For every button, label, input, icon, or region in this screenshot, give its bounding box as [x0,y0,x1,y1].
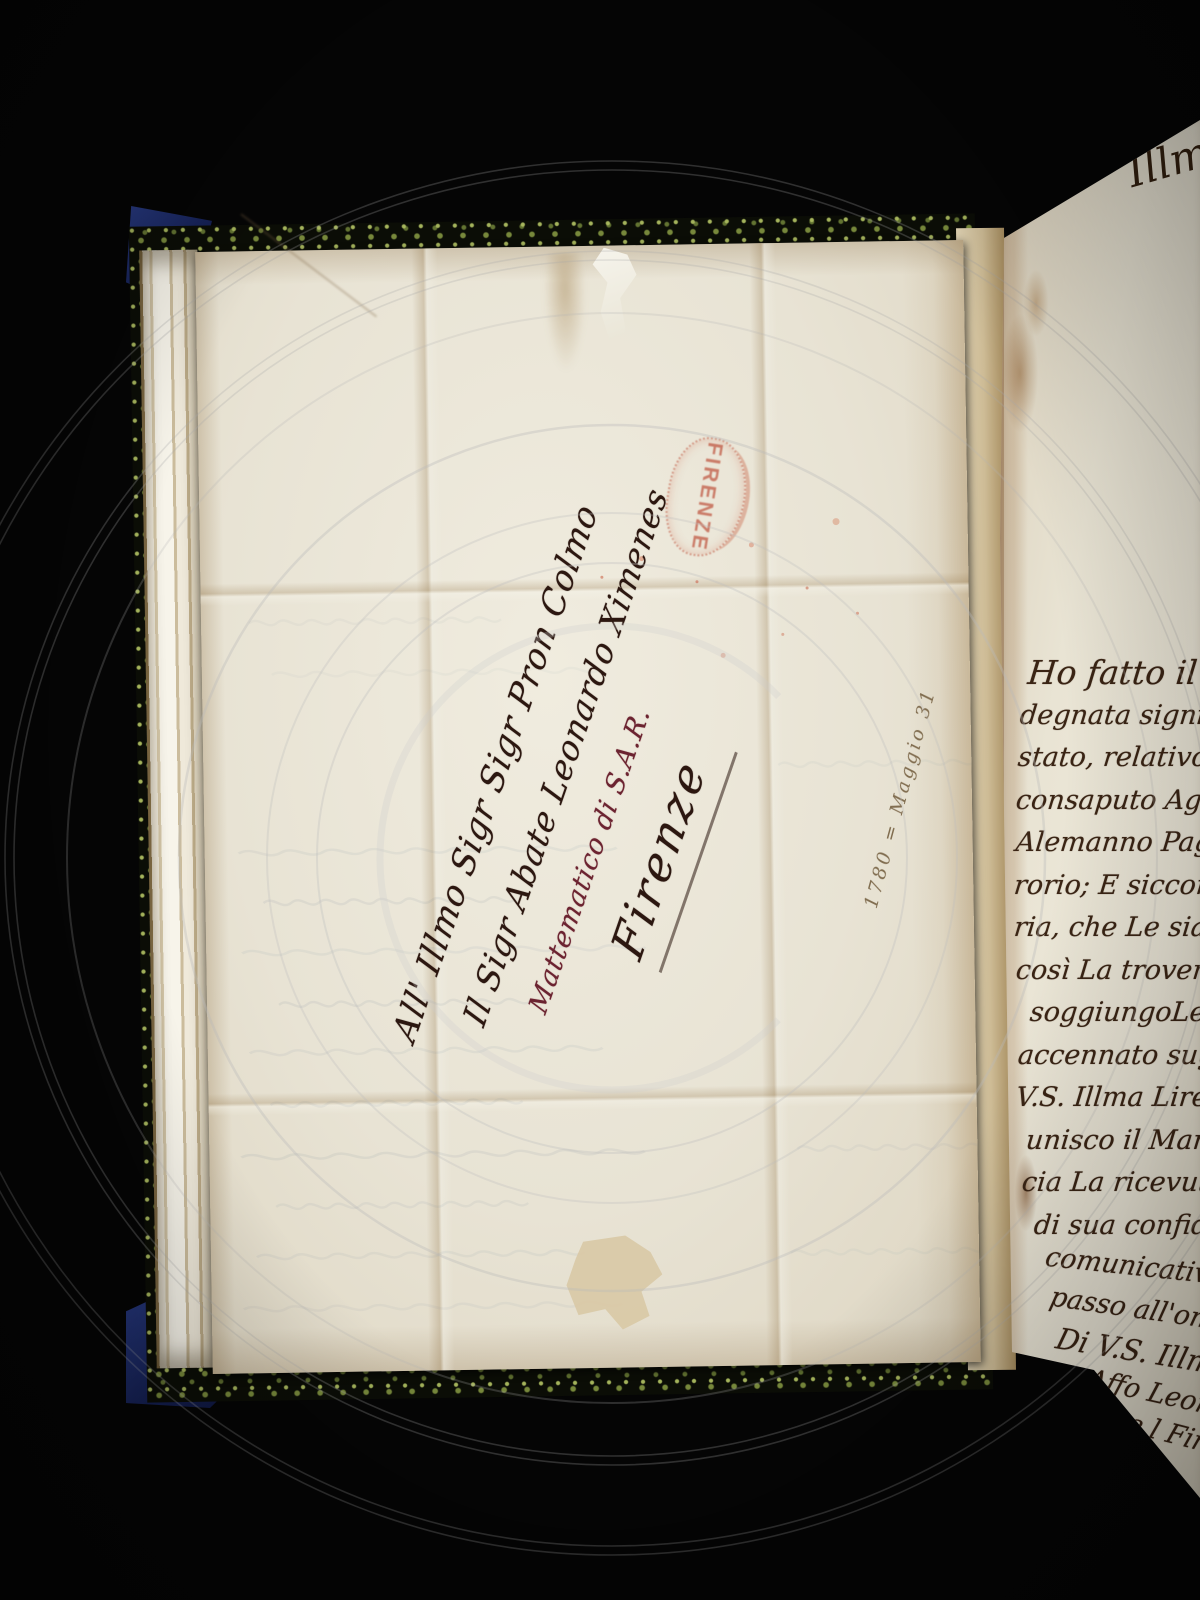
letter-line: soggiungoLe, e [1028,992,1200,1035]
letter-line: degnata signifi [1018,695,1200,738]
letter-line: V.S. Illma Lire [1014,1077,1200,1120]
letter-line: così La troverà [1014,950,1200,993]
red-ink-specks [600,576,603,579]
letter-line: rorio; E siccom [1012,865,1200,908]
postmark-text: FIRENZE [686,440,727,553]
letter-line: stato, relativo [1016,737,1200,780]
letter-line: unisco il Man [1024,1120,1200,1163]
photographed-letter-stage: FIRENZE All' Illmo Sigr Sigr Pron Colmo … [0,0,1200,1600]
letter-line: cia La ricevut [1020,1162,1200,1205]
letter-line: consaputo Agi [1014,780,1200,823]
envelope-page: FIRENZE All' Illmo Sigr Sigr Pron Colmo … [195,240,981,1374]
letter-line: accennato sug [1016,1035,1200,1078]
letter-line: Ho fatto il [1026,652,1200,695]
letter-page: Illmo Ho fatto il degnata signifi stato,… [998,118,1200,1548]
letter-line: ria, che Le sia [1012,907,1200,950]
letter-text-lines: Ho fatto il degnata signifi stato, relat… [1014,652,1200,1460]
letter-heading-fragment: Illmo [1121,120,1200,197]
letter-line: Alemanno Pag [1014,822,1200,865]
